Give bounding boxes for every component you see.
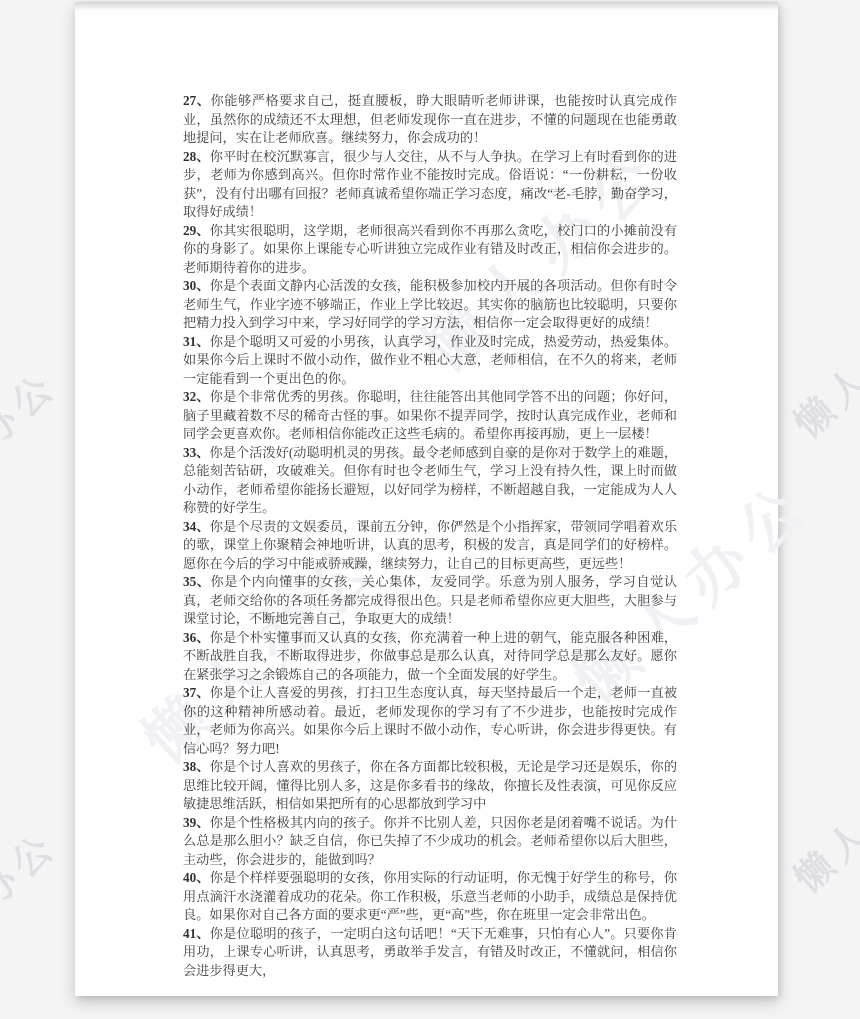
comment-text: 你能够严格要求自己，挺直腰板，睁大眼睛听老师讲课，也能按时认真完成作业，虽然你的… (183, 93, 677, 145)
comment-paragraph: 31、你是个聪明又可爱的小男孩，认真学习，作业及时完成，热爱劳动，热爱集体。如果… (183, 333, 677, 389)
comment-text: 你是个活泼好(动聪明机灵的男孩。最令老师感到自豪的是你对于数学上的难题，总能刻苦… (183, 445, 677, 516)
watermark-text: 懒人办公 (0, 357, 67, 518)
comment-number: 35、 (183, 574, 210, 589)
comment-text: 你是个内向懂事的女孩，关心集体，友爱同学。乐意为别人服务，学习自觉认真，老师交给… (183, 574, 677, 626)
comment-number: 37、 (183, 685, 210, 700)
comment-number: 28、 (183, 149, 210, 164)
comment-paragraph: 29、你其实很聪明，这学期，老师很高兴看到你不再那么贪吃，校门口的小摊前没有你的… (183, 222, 677, 278)
comment-text: 你是个样样要强聪明的女孩，你用实际的行动证明，你无愧于好学生的称号，你用点滴汗水… (183, 870, 677, 922)
comment-number: 30、 (183, 278, 210, 293)
comment-paragraph: 28、你平时在校沉默寡言，很少与人交往，从不与人争执。在学习上有时看到你的进步，… (183, 148, 677, 222)
comment-number: 38、 (183, 759, 210, 774)
comment-text: 你其实很聪明，这学期，老师很高兴看到你不再那么贪吃，校门口的小摊前没有你的身影了… (183, 223, 677, 275)
comment-paragraph: 41、你是位聪明的孩子，一定明白这句话吧！“天下无难事，只怕有心人”。只要你肯用… (183, 925, 677, 981)
comment-paragraph: 38、你是个讨人喜欢的男孩子，你在各方面都比较积极，无论是学习还是娱乐，你的思维… (183, 758, 677, 814)
comment-text: 你平时在校沉默寡言，很少与人交往，从不与人争执。在学习上有时看到你的进步，老师为… (183, 149, 677, 220)
comment-number: 34、 (183, 519, 210, 534)
comment-paragraph: 39、你是个性格极其内向的孩子。你并不比别人差，只因你老是闭着嘴不说话。为什么总… (183, 814, 677, 870)
comment-text: 你是个让人喜爱的男孩，打扫卫生态度认真，每天坚持最后一个走，老师一直被你的这种精… (183, 685, 677, 756)
comment-number: 29、 (183, 223, 210, 238)
comment-number: 33、 (183, 445, 209, 460)
comment-text: 你是个朴实懂事而又认真的女孩，你充满着一种上进的朝气，能克服各种困难，不断战胜自… (183, 630, 677, 682)
comment-text: 你是个性格极其内向的孩子。你并不比别人差，只因你老是闭着嘴不说话。为什么总是那么… (183, 815, 677, 867)
comment-paragraph: 37、你是个让人喜爱的男孩，打扫卫生态度认真，每天坚持最后一个走，老师一直被你的… (183, 684, 677, 758)
watermark-text: 懒人办公 (0, 817, 67, 978)
comment-text: 你是个尽责的文娱委员，课前五分钟，你俨然是个小指挥家，带领同学唱着欢乐的歌，课堂… (183, 519, 677, 571)
page-top-shadow (75, 2, 778, 11)
comment-paragraph: 32、你是个非常优秀的男孩。你聪明，往往能答出其他同学答不出的问题；你好问，脑子… (183, 388, 677, 444)
comment-number: 36、 (183, 630, 210, 645)
comment-text: 你是个表面文静内心活泼的女孩，能积极参加校内开展的各项活动。但你有时令老师生气，… (183, 278, 677, 330)
comment-text: 你是个非常优秀的男孩。你聪明，往往能答出其他同学答不出的问题；你好问，脑子里藏着… (183, 389, 677, 441)
comment-number: 41、 (183, 926, 210, 941)
comment-text: 你是位聪明的孩子，一定明白这句话吧！“天下无难事，只怕有心人”。只要你肯用功，上… (183, 926, 677, 978)
comment-paragraph: 35、你是个内向懂事的女孩，关心集体，友爱同学。乐意为别人服务，学习自觉认真，老… (183, 573, 677, 629)
comment-number: 39、 (183, 815, 210, 830)
document-page: 懒人办公 懒人办公 懒人办公 27、你能够严格要求自己，挺直腰板，睁大眼睛听老师… (75, 2, 778, 996)
comment-number: 31、 (183, 334, 210, 349)
comment-paragraph: 36、你是个朴实懂事而又认真的女孩，你充满着一种上进的朝气，能克服各种困难，不断… (183, 629, 677, 685)
comment-paragraph: 27、你能够严格要求自己，挺直腰板，睁大眼睛听老师讲课，也能按时认真完成作业，虽… (183, 92, 677, 148)
comment-paragraph: 33、你是个活泼好(动聪明机灵的男孩。最令老师感到自豪的是你对于数学上的难题，总… (183, 444, 677, 518)
comment-text: 你是个聪明又可爱的小男孩，认真学习，作业及时完成，热爱劳动，热爱集体。如果你今后… (183, 334, 677, 386)
watermark-text: 懒人办公 (780, 742, 860, 903)
comment-number: 32、 (183, 389, 210, 404)
watermark-text: 懒人办公 (780, 287, 860, 448)
document-content: 27、你能够严格要求自己，挺直腰板，睁大眼睛听老师讲课，也能按时认真完成作业，虽… (183, 92, 677, 980)
comment-number: 27、 (183, 93, 210, 108)
comment-paragraph: 30、你是个表面文静内心活泼的女孩，能积极参加校内开展的各项活动。但你有时令老师… (183, 277, 677, 333)
comment-paragraph: 34、你是个尽责的文娱委员，课前五分钟，你俨然是个小指挥家，带领同学唱着欢乐的歌… (183, 518, 677, 574)
comment-text: 你是个讨人喜欢的男孩子，你在各方面都比较积极，无论是学习还是娱乐，你的思维比较开… (183, 759, 677, 811)
comment-paragraph: 40、你是个样样要强聪明的女孩，你用实际的行动证明，你无愧于好学生的称号，你用点… (183, 869, 677, 925)
comment-number: 40、 (183, 870, 210, 885)
document-viewport: 懒人办公 懒人办公 懒人办公 懒人办公 懒人办公 懒人办公 懒人办公 27、你能… (0, 0, 860, 1019)
